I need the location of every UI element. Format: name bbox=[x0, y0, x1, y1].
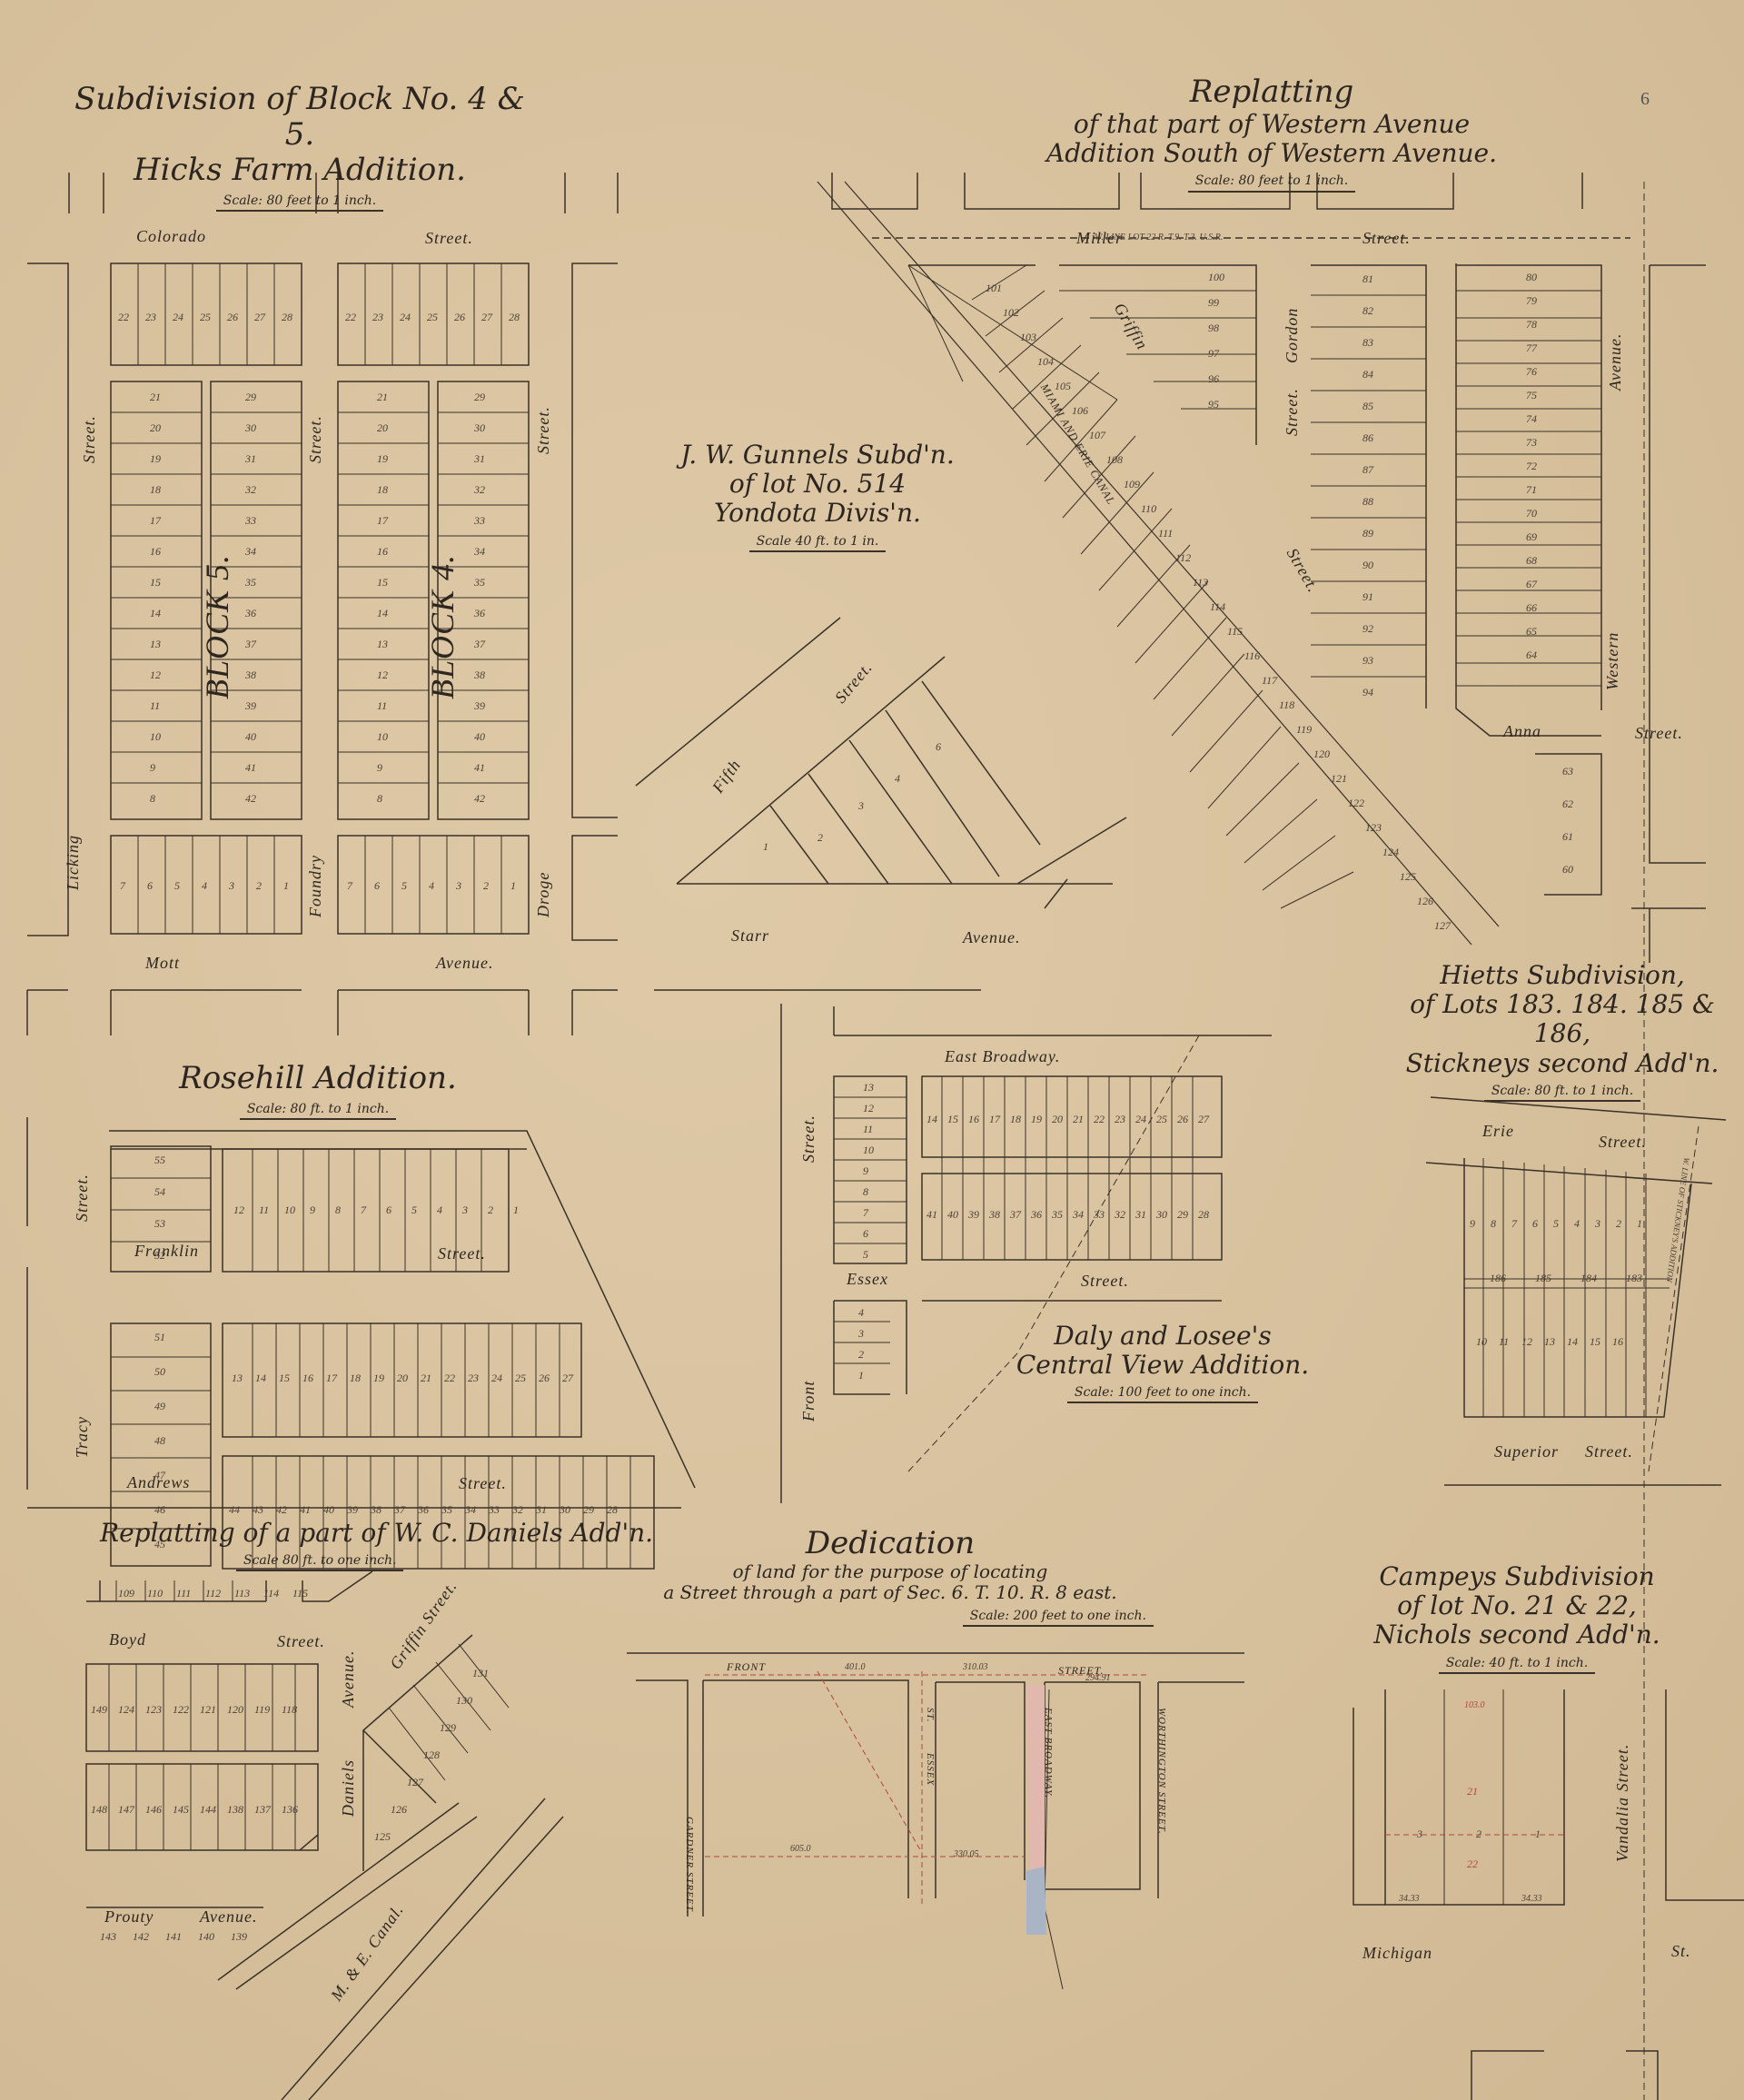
lot-number: 69 bbox=[1526, 530, 1537, 544]
lot-number: 124 bbox=[118, 1703, 134, 1717]
street-label: Street. bbox=[1585, 1442, 1633, 1461]
lot-number: 24 bbox=[400, 311, 411, 324]
lot-number: 4 bbox=[1574, 1217, 1580, 1231]
street-label: Tracy bbox=[73, 1416, 92, 1458]
lot-number: 16 bbox=[1612, 1335, 1623, 1349]
lot-number: 30 bbox=[560, 1503, 570, 1517]
lot-number: 21 bbox=[1467, 1785, 1478, 1798]
street-label: ESSEX bbox=[925, 1753, 936, 1786]
lot-number: 137 bbox=[254, 1803, 271, 1817]
lot-number: 6 bbox=[147, 879, 153, 893]
lot-number: 13 bbox=[377, 638, 388, 651]
street-label: WORTHINGTON STREET. bbox=[1156, 1708, 1167, 1835]
street-label: Anna bbox=[1503, 722, 1541, 741]
lot-number: 36 bbox=[245, 607, 256, 620]
lot-number: 12 bbox=[233, 1204, 244, 1217]
lot-number: 8 bbox=[863, 1185, 868, 1199]
lot-number: 34 bbox=[465, 1503, 476, 1517]
lot-number: 66 bbox=[1526, 601, 1537, 615]
lot-number: 52 bbox=[154, 1249, 165, 1263]
lot-number: 27 bbox=[254, 311, 265, 324]
lot-number: 107 bbox=[1089, 429, 1105, 442]
lot-number: 123 bbox=[1365, 821, 1382, 835]
lot-number: 25 bbox=[427, 311, 438, 324]
lot-number: 30 bbox=[1156, 1208, 1167, 1222]
lot-number: 40 bbox=[947, 1208, 958, 1222]
lot-number: 41 bbox=[300, 1503, 311, 1517]
lot-number: 74 bbox=[1526, 412, 1537, 426]
dimension: 34.33 bbox=[1399, 1894, 1420, 1904]
street-label: GARDNER STREET. bbox=[684, 1817, 695, 1915]
lot-number: 11 bbox=[377, 699, 387, 713]
lot-number: 21 bbox=[1073, 1113, 1084, 1126]
lot-number: 122 bbox=[173, 1703, 189, 1717]
lot-number: 8 bbox=[1491, 1217, 1496, 1231]
lot-number: 61 bbox=[1562, 830, 1573, 844]
lot-number: 122 bbox=[1348, 797, 1364, 810]
lot-number: 14 bbox=[255, 1372, 266, 1385]
lot-number: 38 bbox=[989, 1208, 1000, 1222]
lot-number: 31 bbox=[1135, 1208, 1146, 1222]
lot-number: 13 bbox=[863, 1081, 874, 1095]
lot-number: 17 bbox=[377, 514, 388, 528]
lot-number: 100 bbox=[1208, 271, 1224, 284]
lot-number: 46 bbox=[154, 1503, 165, 1517]
lot-number: 119 bbox=[1296, 723, 1312, 737]
lot-number: 145 bbox=[173, 1803, 189, 1817]
lot-number: 2 bbox=[817, 831, 823, 845]
lot-number: 111 bbox=[1158, 527, 1173, 540]
lot-number: 6 bbox=[386, 1204, 391, 1217]
lot-number: 23 bbox=[145, 311, 156, 324]
street-label: Droge bbox=[534, 872, 553, 917]
street-label: Western bbox=[1603, 632, 1622, 690]
lot-number: 25 bbox=[200, 311, 211, 324]
lot-number: 4 bbox=[858, 1306, 864, 1320]
lot-number: 31 bbox=[474, 452, 485, 466]
lot-number: 128 bbox=[423, 1748, 440, 1762]
dedication-linework bbox=[627, 1653, 1244, 1989]
lot-number: 11 bbox=[1499, 1335, 1509, 1349]
lot-number: 105 bbox=[1055, 380, 1071, 393]
lot-number: 34 bbox=[245, 545, 256, 559]
lot-number: 8 bbox=[150, 792, 155, 806]
lot-number: 20 bbox=[397, 1372, 408, 1385]
lot-number: 5 bbox=[174, 879, 180, 893]
lot-number: 23 bbox=[1115, 1113, 1125, 1126]
lot-number: 10 bbox=[377, 730, 388, 744]
rosehill-scale: Scale: 80 ft. to 1 inch. bbox=[240, 1102, 396, 1120]
lot-number: 3 bbox=[858, 799, 864, 813]
lot-number: 12 bbox=[1521, 1335, 1532, 1349]
lot-number: 72 bbox=[1526, 460, 1537, 473]
lot-number: 143 bbox=[100, 1930, 116, 1944]
lot-number: 65 bbox=[1526, 625, 1537, 639]
lot-number: 9 bbox=[377, 761, 382, 775]
lot-number: 1 bbox=[858, 1369, 864, 1382]
lot-number: 17 bbox=[989, 1113, 1000, 1126]
lot-number: 36 bbox=[1031, 1208, 1042, 1222]
lot-number: 34 bbox=[474, 545, 485, 559]
daly-title: Daly and Losee's Central View Addition. … bbox=[999, 1322, 1326, 1403]
street-label: Front bbox=[799, 1381, 818, 1421]
street-label: Boyd bbox=[109, 1630, 146, 1649]
lot-number: 42 bbox=[245, 792, 256, 806]
lot-number: 15 bbox=[279, 1372, 290, 1385]
lot-number: 141 bbox=[165, 1930, 182, 1944]
lot-number: 115 bbox=[1227, 625, 1243, 639]
lot-number: 14 bbox=[377, 607, 388, 620]
lot-number: 47 bbox=[154, 1469, 165, 1482]
lot-number: 4 bbox=[429, 879, 434, 893]
lot-number: 142 bbox=[133, 1930, 149, 1944]
daniels-title: Replatting of a part of W. C. Daniels Ad… bbox=[100, 1519, 663, 1571]
lot-number: 3 bbox=[229, 879, 234, 893]
lot-number: 32 bbox=[512, 1503, 523, 1517]
western-title: Replatting of that part of Western Avenu… bbox=[1017, 74, 1526, 193]
lot-number: 10 bbox=[150, 730, 161, 744]
lot-number: 12 bbox=[377, 669, 388, 682]
lot-number: 40 bbox=[245, 730, 256, 744]
lot-number: 14 bbox=[1567, 1335, 1578, 1349]
lot-number: 79 bbox=[1526, 294, 1537, 308]
lot-number: 51 bbox=[154, 1331, 165, 1344]
lot-number: 37 bbox=[245, 638, 256, 651]
street-label: Street. bbox=[425, 229, 473, 248]
lot-number: 73 bbox=[1526, 436, 1537, 450]
hietts-title: Hietts Subdivision, of Lots 183. 184. 18… bbox=[1381, 961, 1744, 1102]
hicks-scale: Scale: 80 feet to 1 inch. bbox=[216, 193, 383, 212]
lot-number: 24 bbox=[173, 311, 183, 324]
lot-number: 4 bbox=[202, 879, 207, 893]
lot-number: 147 bbox=[118, 1803, 134, 1817]
lot-number: 19 bbox=[150, 452, 161, 466]
dimension: 294.91 bbox=[1085, 1673, 1111, 1683]
lot-number: 7 bbox=[1511, 1217, 1517, 1231]
lot-number: 36 bbox=[418, 1503, 429, 1517]
lot-number: 27 bbox=[481, 311, 492, 324]
lot-number: 28 bbox=[509, 311, 520, 324]
lot-number: 118 bbox=[1279, 698, 1294, 712]
dimension: 401.0 bbox=[845, 1662, 866, 1672]
lot-number: 6 bbox=[1532, 1217, 1538, 1231]
lot-number: 7 bbox=[361, 1204, 366, 1217]
street-label: Avenue. bbox=[1606, 333, 1625, 391]
dedication-highlight bbox=[1026, 1867, 1046, 1935]
street-label: Gordon bbox=[1283, 308, 1302, 363]
lot-number: 75 bbox=[1526, 389, 1537, 402]
lot-number: 26 bbox=[1177, 1113, 1188, 1126]
street-label: Street. bbox=[438, 1244, 486, 1263]
lot-number: 41 bbox=[926, 1208, 937, 1222]
lot-number: 40 bbox=[474, 730, 485, 744]
lot-number: 37 bbox=[474, 638, 485, 651]
western-lot-dividers bbox=[908, 265, 1601, 908]
lot-number: 93 bbox=[1362, 654, 1373, 668]
lot-number: 20 bbox=[150, 421, 161, 435]
street-label: Avenue. bbox=[200, 1907, 257, 1927]
lot-number: 20 bbox=[377, 421, 388, 435]
lot-number: 26 bbox=[227, 311, 238, 324]
lot-number: 77 bbox=[1526, 342, 1537, 355]
street-label: Street. bbox=[306, 415, 325, 463]
lot-number: 32 bbox=[474, 483, 485, 497]
lot-number: 11 bbox=[863, 1123, 873, 1136]
lot-number: 31 bbox=[245, 452, 256, 466]
lot-number: 45 bbox=[154, 1538, 165, 1551]
lot-number: 33 bbox=[1094, 1208, 1105, 1222]
lot-number: 24 bbox=[491, 1372, 502, 1385]
lot-number: 50 bbox=[154, 1365, 165, 1379]
street-label: Erie bbox=[1482, 1122, 1514, 1141]
lot-number: 3 bbox=[858, 1327, 864, 1341]
lot-number: 4 bbox=[895, 772, 900, 786]
lot-number: 16 bbox=[968, 1113, 979, 1126]
street-label: Street. bbox=[1635, 724, 1683, 743]
lot-number: 6 bbox=[374, 879, 380, 893]
daniels-scale: Scale 80 ft. to one inch. bbox=[236, 1553, 403, 1571]
lot-number: 96 bbox=[1208, 372, 1219, 386]
lot-number: 7 bbox=[120, 879, 125, 893]
street-label: Mott bbox=[145, 954, 180, 973]
street-label: Street. bbox=[1362, 229, 1411, 248]
lot-number: 112 bbox=[205, 1587, 221, 1600]
dimension: 103.0 bbox=[1464, 1700, 1485, 1710]
campeys-title: Campeys Subdivision of lot No. 21 & 22, … bbox=[1344, 1562, 1689, 1674]
street-label: Street. bbox=[799, 1114, 818, 1163]
lot-number: 87 bbox=[1362, 463, 1373, 477]
lot-number: 7 bbox=[863, 1206, 868, 1220]
lot-number: 101 bbox=[986, 282, 1002, 295]
lot-number: 5 bbox=[1553, 1217, 1559, 1231]
lot-number: 41 bbox=[474, 761, 485, 775]
lot-number: 3 bbox=[1417, 1828, 1422, 1841]
lot-number: 35 bbox=[245, 576, 256, 589]
lot-number: 37 bbox=[1010, 1208, 1021, 1222]
street-label: Avenue. bbox=[436, 954, 493, 973]
lot-number: 20 bbox=[1052, 1113, 1063, 1126]
lot-number: 117 bbox=[1262, 674, 1277, 688]
lot-number: 86 bbox=[1362, 431, 1373, 445]
lot-number: 80 bbox=[1526, 271, 1537, 284]
lot-number: 29 bbox=[474, 391, 485, 404]
lot-number: 35 bbox=[441, 1503, 452, 1517]
lot-number: 38 bbox=[371, 1503, 381, 1517]
lot-number: 123 bbox=[145, 1703, 162, 1717]
block-label: BLOCK 4. bbox=[423, 554, 461, 699]
lot-number: 98 bbox=[1208, 322, 1219, 335]
lot-number: 13 bbox=[1544, 1335, 1555, 1349]
street-label: East Broadway. bbox=[945, 1047, 1060, 1066]
lot-number: 62 bbox=[1562, 797, 1573, 811]
lot-number: 120 bbox=[1313, 748, 1330, 761]
lot-number: 114 bbox=[263, 1587, 279, 1600]
lot-number: 78 bbox=[1526, 318, 1537, 332]
hicks-lot-dividers bbox=[111, 263, 529, 934]
lot-number: 19 bbox=[373, 1372, 384, 1385]
lot-number: 127 bbox=[1434, 919, 1451, 933]
lot-number: 41 bbox=[245, 761, 256, 775]
lot-number: 39 bbox=[347, 1503, 358, 1517]
lot-number: 140 bbox=[198, 1930, 214, 1944]
street-label: ST. bbox=[925, 1708, 936, 1723]
lot-number: 121 bbox=[1331, 772, 1347, 786]
hietts-scale: Scale: 80 ft. to 1 inch. bbox=[1484, 1084, 1640, 1102]
lot-number: 48 bbox=[154, 1434, 165, 1448]
lot-number: 54 bbox=[154, 1185, 165, 1199]
lot-number: 16 bbox=[150, 545, 161, 559]
lot-number: 82 bbox=[1362, 304, 1373, 318]
lot-number: 18 bbox=[1010, 1113, 1021, 1126]
lot-number: 40 bbox=[323, 1503, 334, 1517]
lot-number: 29 bbox=[245, 391, 256, 404]
lot-number: 99 bbox=[1208, 296, 1219, 310]
street-label: Street. bbox=[534, 406, 553, 454]
lot-number: 130 bbox=[456, 1694, 472, 1708]
lot-number: 131 bbox=[472, 1667, 489, 1680]
lot-number: 84 bbox=[1362, 368, 1373, 381]
street-label: Street. bbox=[1599, 1133, 1647, 1152]
lot-number: 126 bbox=[1417, 895, 1433, 908]
lot-number: 94 bbox=[1362, 686, 1373, 699]
lot-number: 112 bbox=[1175, 551, 1191, 565]
lot-number: 22 bbox=[118, 311, 129, 324]
lot-number: 106 bbox=[1072, 404, 1088, 418]
street-label: Licking bbox=[64, 835, 83, 890]
lot-number: 8 bbox=[377, 792, 382, 806]
lot-number: 5 bbox=[411, 1204, 417, 1217]
lot-number: 91 bbox=[1362, 590, 1373, 604]
gunnels-scale: Scale 40 ft. to 1 in. bbox=[749, 534, 887, 552]
lot-number: 1 bbox=[513, 1204, 519, 1217]
street-label: Street. bbox=[459, 1474, 507, 1493]
lot-number: 127 bbox=[407, 1776, 423, 1789]
lot-number: 92 bbox=[1362, 622, 1373, 636]
street-label: Superior bbox=[1494, 1442, 1559, 1461]
lot-number: 4 bbox=[437, 1204, 442, 1217]
lot-number: 24 bbox=[1135, 1113, 1146, 1126]
lot-number: 22 bbox=[345, 311, 356, 324]
lot-number: 28 bbox=[607, 1503, 618, 1517]
lot-number: 76 bbox=[1526, 365, 1537, 379]
hicks-title: Subdivision of Block No. 4 & 5. Hicks Fa… bbox=[64, 82, 536, 212]
lot-number: 10 bbox=[863, 1144, 874, 1157]
lot-number: 23 bbox=[468, 1372, 479, 1385]
lot-number: 1 bbox=[1637, 1217, 1642, 1231]
lot-number: 16 bbox=[302, 1372, 313, 1385]
lot-number: 85 bbox=[1362, 400, 1373, 413]
lot-number: 9 bbox=[150, 761, 155, 775]
lot-number: 126 bbox=[391, 1803, 407, 1817]
lot-number: 26 bbox=[539, 1372, 550, 1385]
lot-number: 42 bbox=[276, 1503, 287, 1517]
lot-number: 21 bbox=[377, 391, 388, 404]
lot-number: 32 bbox=[1115, 1208, 1125, 1222]
lot-number: 71 bbox=[1526, 483, 1537, 497]
lot-number: 104 bbox=[1037, 355, 1054, 369]
lot-number: 13 bbox=[150, 638, 161, 651]
lot-number: 103 bbox=[1020, 331, 1036, 344]
lot-number: 14 bbox=[926, 1113, 937, 1126]
daly-linework bbox=[781, 1004, 1272, 1503]
lot-number: 28 bbox=[1198, 1208, 1209, 1222]
lot-number: 22 bbox=[1094, 1113, 1105, 1126]
lot-number: 33 bbox=[489, 1503, 500, 1517]
lot-number: 19 bbox=[1031, 1113, 1042, 1126]
lot-number: 6 bbox=[863, 1227, 868, 1241]
lot-number: 37 bbox=[394, 1503, 405, 1517]
rosehill-linework bbox=[27, 1117, 695, 1569]
hietts-linework bbox=[1426, 1097, 1726, 1485]
lot-number: 27 bbox=[1198, 1113, 1209, 1126]
dedication-scale: Scale: 200 feet to one inch. bbox=[963, 1609, 1154, 1627]
block-label: BLOCK 5. bbox=[198, 554, 236, 699]
lot-number: 9 bbox=[863, 1164, 868, 1178]
lot-number: 121 bbox=[200, 1703, 216, 1717]
street-label: Street. bbox=[1283, 388, 1302, 436]
lot-number: 1 bbox=[763, 840, 768, 854]
lot-number: 27 bbox=[562, 1372, 573, 1385]
lot-number: 139 bbox=[231, 1930, 247, 1944]
lot-number: 129 bbox=[440, 1721, 456, 1735]
lot-number: 34 bbox=[1073, 1208, 1084, 1222]
lot-number: 38 bbox=[245, 669, 256, 682]
lot-number: 30 bbox=[245, 421, 256, 435]
dedication-title: Dedication of land for the purpose of lo… bbox=[627, 1526, 1154, 1627]
street-label: Starr bbox=[731, 926, 769, 946]
lot-number: 55 bbox=[154, 1154, 165, 1167]
lot-number: 10 bbox=[284, 1204, 295, 1217]
lot-number: 18 bbox=[350, 1372, 361, 1385]
lot-number: 184 bbox=[1580, 1272, 1597, 1285]
lot-number: 29 bbox=[1177, 1208, 1188, 1222]
lot-number: 63 bbox=[1562, 765, 1573, 778]
lot-number: 110 bbox=[147, 1587, 163, 1600]
lot-number: 21 bbox=[150, 391, 161, 404]
lot-number: 60 bbox=[1562, 863, 1573, 877]
lot-number: 30 bbox=[474, 421, 485, 435]
dimension: 34.33 bbox=[1521, 1894, 1542, 1904]
lot-number: 64 bbox=[1526, 649, 1537, 662]
lot-number: 2 bbox=[488, 1204, 493, 1217]
lot-number: 21 bbox=[421, 1372, 431, 1385]
lot-number: 33 bbox=[474, 514, 485, 528]
gunnels-linework bbox=[636, 618, 1126, 990]
lot-number: 3 bbox=[462, 1204, 468, 1217]
lot-number: 14 bbox=[150, 607, 161, 620]
lot-number: 119 bbox=[254, 1703, 270, 1717]
line-note: W. LINE LOT 22 R. T.9. T.3. U.S.R. bbox=[1095, 233, 1223, 243]
lot-number: 113 bbox=[1193, 576, 1208, 589]
street-label: Street. bbox=[277, 1632, 325, 1651]
lot-number: 2 bbox=[483, 879, 489, 893]
lot-number: 18 bbox=[150, 483, 161, 497]
street-label: Essex bbox=[847, 1270, 888, 1289]
lot-number: 95 bbox=[1208, 398, 1219, 411]
lot-number: 15 bbox=[377, 576, 388, 589]
lot-number: 124 bbox=[1382, 846, 1399, 859]
lot-number: 149 bbox=[91, 1703, 107, 1717]
lot-number: 148 bbox=[91, 1803, 107, 1817]
lot-number: 16 bbox=[377, 545, 388, 559]
lot-number: 109 bbox=[118, 1587, 134, 1600]
western-scale: Scale: 80 feet to 1 inch. bbox=[1188, 173, 1355, 192]
lot-number: 2 bbox=[858, 1348, 864, 1362]
street-label: Colorado bbox=[136, 227, 206, 246]
lot-number: 12 bbox=[150, 669, 161, 682]
lot-number: 17 bbox=[326, 1372, 337, 1385]
lot-number: 125 bbox=[1400, 870, 1416, 884]
